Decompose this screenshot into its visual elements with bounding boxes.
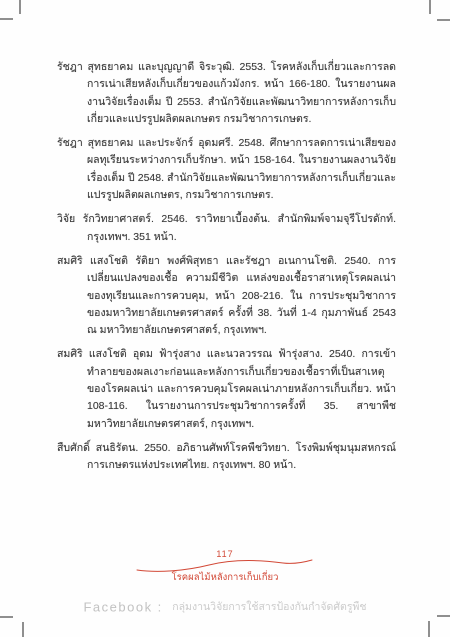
facebook-watermark: Facebook : กลุ่มงานวิจัยการใช้สารป้องกัน… bbox=[0, 598, 450, 616]
reference-entry-4: สมศิริ แสงโชติ รัติยา พงศ์พิสุทธา และรัช… bbox=[57, 253, 396, 339]
scanned-document-page: รัชฎา สุทธยาคม และบุญญาดี จิระวุฒิ. 2553… bbox=[0, 0, 450, 637]
page-number: 117 bbox=[0, 549, 450, 559]
reference-entry-6: สืบศักดิ์ สนธิรัตน. 2550. อภิธานศัพท์โรค… bbox=[57, 440, 396, 475]
reference-entry-5: สมศิริ แสงโชติ อุดม ฟ้ารุ่งสาง และนวลวรร… bbox=[57, 346, 396, 432]
crop-mark-bottom-left-vertical bbox=[22, 622, 24, 637]
reference-list: รัชฎา สุทธยาคม และบุญญาดี จิระวุฒิ. 2553… bbox=[57, 59, 396, 482]
crop-mark-top-right-horizontal bbox=[437, 19, 450, 21]
footer-running-title: โรคผลไม้หลังการเก็บเกี่ยว bbox=[0, 572, 450, 584]
reference-entry-3: วิจัย รักวิทยาศาสตร์. 2546. ราวิทยาเบื้อ… bbox=[57, 211, 396, 246]
crop-mark-top-left-horizontal bbox=[0, 18, 13, 20]
reference-entry-2: รัชฎา สุทธยาคม และประจักร์ อุดมศรี. 2548… bbox=[57, 135, 396, 204]
crop-mark-top-right-vertical bbox=[429, 0, 431, 14]
reference-entry-1: รัชฎา สุทธยาคม และบุญญาดี จิระวุฒิ. 2553… bbox=[57, 59, 396, 128]
crop-mark-bottom-left-horizontal bbox=[0, 616, 13, 618]
footer-flourish-line bbox=[135, 557, 315, 573]
crop-mark-top-left-vertical bbox=[19, 0, 21, 14]
watermark-group-name: กลุ่มงานวิจัยการใช้สารป้องกันกำจัดศัตรูพ… bbox=[172, 601, 366, 613]
watermark-facebook-label: Facebook : bbox=[83, 599, 162, 614]
crop-mark-bottom-right-vertical bbox=[428, 621, 430, 637]
page-footer: 117 โรคผลไม้หลังการเก็บเกี่ยว bbox=[0, 549, 450, 584]
